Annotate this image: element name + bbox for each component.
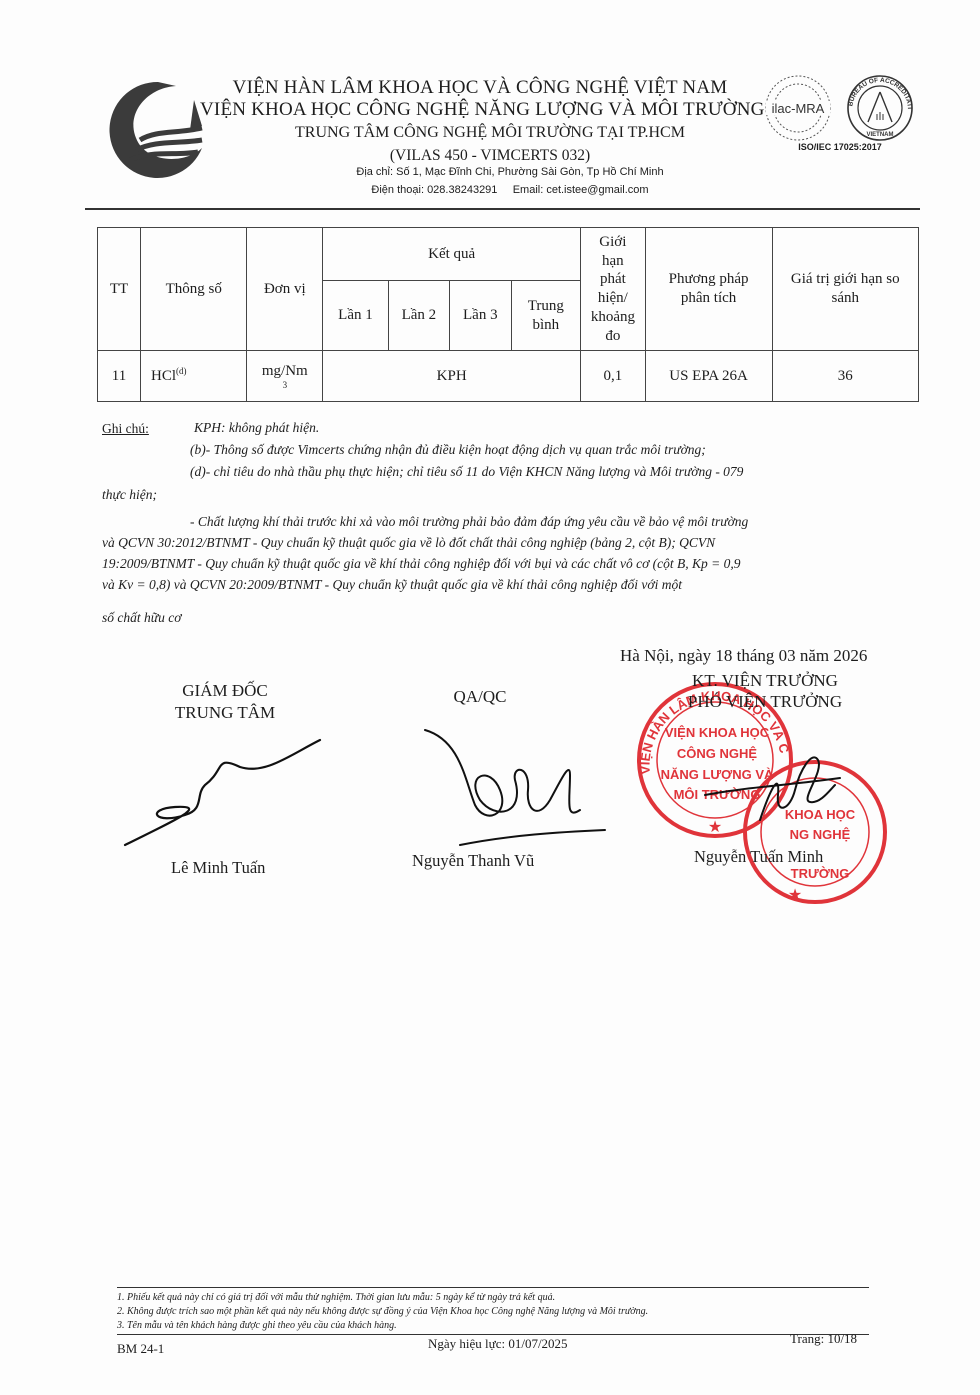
note-d-line1: (d)- chỉ tiêu do nhà thầu phụ thực hiện;… <box>190 464 743 480</box>
svg-text:ilac-MRA: ilac-MRA <box>772 101 825 116</box>
svg-text:VIETNAM: VIETNAM <box>867 132 894 138</box>
note-d-line2: thực hiện; <box>102 487 157 503</box>
qaqc-name: Nguyễn Thanh Vũ <box>412 851 534 871</box>
col-tt: TT <box>98 228 141 351</box>
cell-method: US EPA 26A <box>645 351 772 402</box>
col-average: Trung bình <box>511 281 581 351</box>
director-signature-icon <box>115 735 325 855</box>
note-b: (b)- Thông số được Vimcerts chứng nhận đ… <box>190 442 706 458</box>
note-quality-line4: và Kv = 0,8) và QCVN 20:2009/BTNMT - Quy… <box>102 577 682 593</box>
director-name: Lê Minh Tuấn <box>171 858 265 878</box>
deputy-name: Nguyễn Tuấn Minh <box>694 847 823 867</box>
institute-logo-icon <box>106 78 210 182</box>
results-table: TT Thông số Đơn vị Kết quả Giới hạn phát… <box>97 227 919 402</box>
cell-parameter: HCl(d) <box>140 351 246 402</box>
col-unit: Đơn vị <box>247 228 323 351</box>
cell-reference-limit: 36 <box>772 351 918 402</box>
cell-result: KPH <box>323 351 581 402</box>
org-line-3: TRUNG TÂM CÔNG NGHỆ MÔI TRƯỜNG TẠI TP.HC… <box>210 124 770 142</box>
col-run-2: Lần 2 <box>388 281 449 351</box>
note-kph: KPH: không phát hiện. <box>194 420 319 436</box>
cell-tt: 11 <box>98 351 141 402</box>
footer-note-2: 2. Không được trích sao một phần kết quả… <box>117 1306 648 1317</box>
col-run-3: Lần 3 <box>450 281 511 351</box>
svg-text:VIỆN KHOA HỌC: VIỆN KHOA HỌC <box>665 725 770 740</box>
qaqc-title: QA/QC <box>420 686 540 708</box>
footer-note-1: 1. Phiếu kết quả này chỉ có giá trị đối … <box>117 1292 555 1303</box>
ilac-mra-icon: ilac-MRA <box>766 76 830 140</box>
deputy-title: KT. VIỆN TRƯỞNG PHÓ VIỆN TRƯỞNG <box>660 670 870 712</box>
col-run-1: Lần 1 <box>323 281 389 351</box>
org-line-1: VIỆN HÀN LÂM KHOA HỌC VÀ CÔNG NGHỆ VIỆT … <box>200 77 760 99</box>
address: Địa chỉ: Số 1, Mạc Đĩnh Chi, Phường Sài … <box>230 166 790 178</box>
col-result-group: Kết quả <box>323 228 581 281</box>
cell-detection-limit: 0,1 <box>581 351 645 402</box>
cell-unit: mg/Nm3 <box>247 351 323 402</box>
note-quality-line3: 19:2009/BTNMT - Quy chuẩn kỹ thuật quốc … <box>102 556 741 572</box>
director-title: GIÁM ĐỐC TRUNG TÂM <box>150 680 300 724</box>
col-detection-limit: Giới hạn phát hiện/ khoảng đo <box>581 228 645 351</box>
place-date: Hà Nội, ngày 18 tháng 03 năm 2026 <box>620 646 867 666</box>
note-quality-line1: - Chất lượng khí thải trước khi xả vào m… <box>190 514 748 530</box>
header-divider <box>85 208 920 210</box>
org-line-2: VIỆN KHOA HỌC CÔNG NGHỆ NĂNG LƯỢNG VÀ MÔ… <box>200 99 760 121</box>
note-quality-line2: và QCVN 30:2012/BTNMT - Quy chuẩn kỹ thu… <box>102 535 715 551</box>
effective-date: Ngày hiệu lực: 01/07/2025 <box>428 1336 568 1352</box>
svg-text:★: ★ <box>788 887 802 904</box>
qaqc-signature-icon <box>420 720 610 850</box>
notes-label: Ghi chú: <box>102 421 149 437</box>
contact-line: Điện thoại: 028.38243291 Email: cet.iste… <box>230 184 790 196</box>
col-parameter: Thông số <box>140 228 246 351</box>
footer-divider-bottom <box>117 1334 869 1335</box>
col-reference-limit: Giá trị giới hạn so sánh <box>772 228 918 351</box>
iso-standard-label: ISO/IEC 17025:2017 <box>760 142 920 152</box>
col-method: Phương pháp phân tích <box>645 228 772 351</box>
form-code: BM 24-1 <box>117 1341 164 1357</box>
email: Email: cet.istee@gmail.com <box>513 184 649 196</box>
page-number: Trang: 10/18 <box>790 1331 857 1347</box>
phone: Điện thoại: 028.38243291 <box>371 184 497 196</box>
note-quality-line5: số chất hữu cơ <box>102 610 181 626</box>
table-header-row: TT Thông số Đơn vị Kết quả Giới hạn phát… <box>98 228 919 281</box>
footer-divider-top <box>117 1287 869 1288</box>
table-row: 11 HCl(d) mg/Nm3 KPH 0,1 US EPA 26A 36 <box>98 351 919 402</box>
footer-note-3: 3. Tên mẫu và tên khách hàng được ghi th… <box>117 1320 397 1331</box>
deputy-signature-icon <box>700 740 850 830</box>
svg-text:TRƯỜNG: TRƯỜNG <box>791 866 850 881</box>
accreditation-codes: (VILAS 450 - VIMCERTS 032) <box>210 147 770 165</box>
